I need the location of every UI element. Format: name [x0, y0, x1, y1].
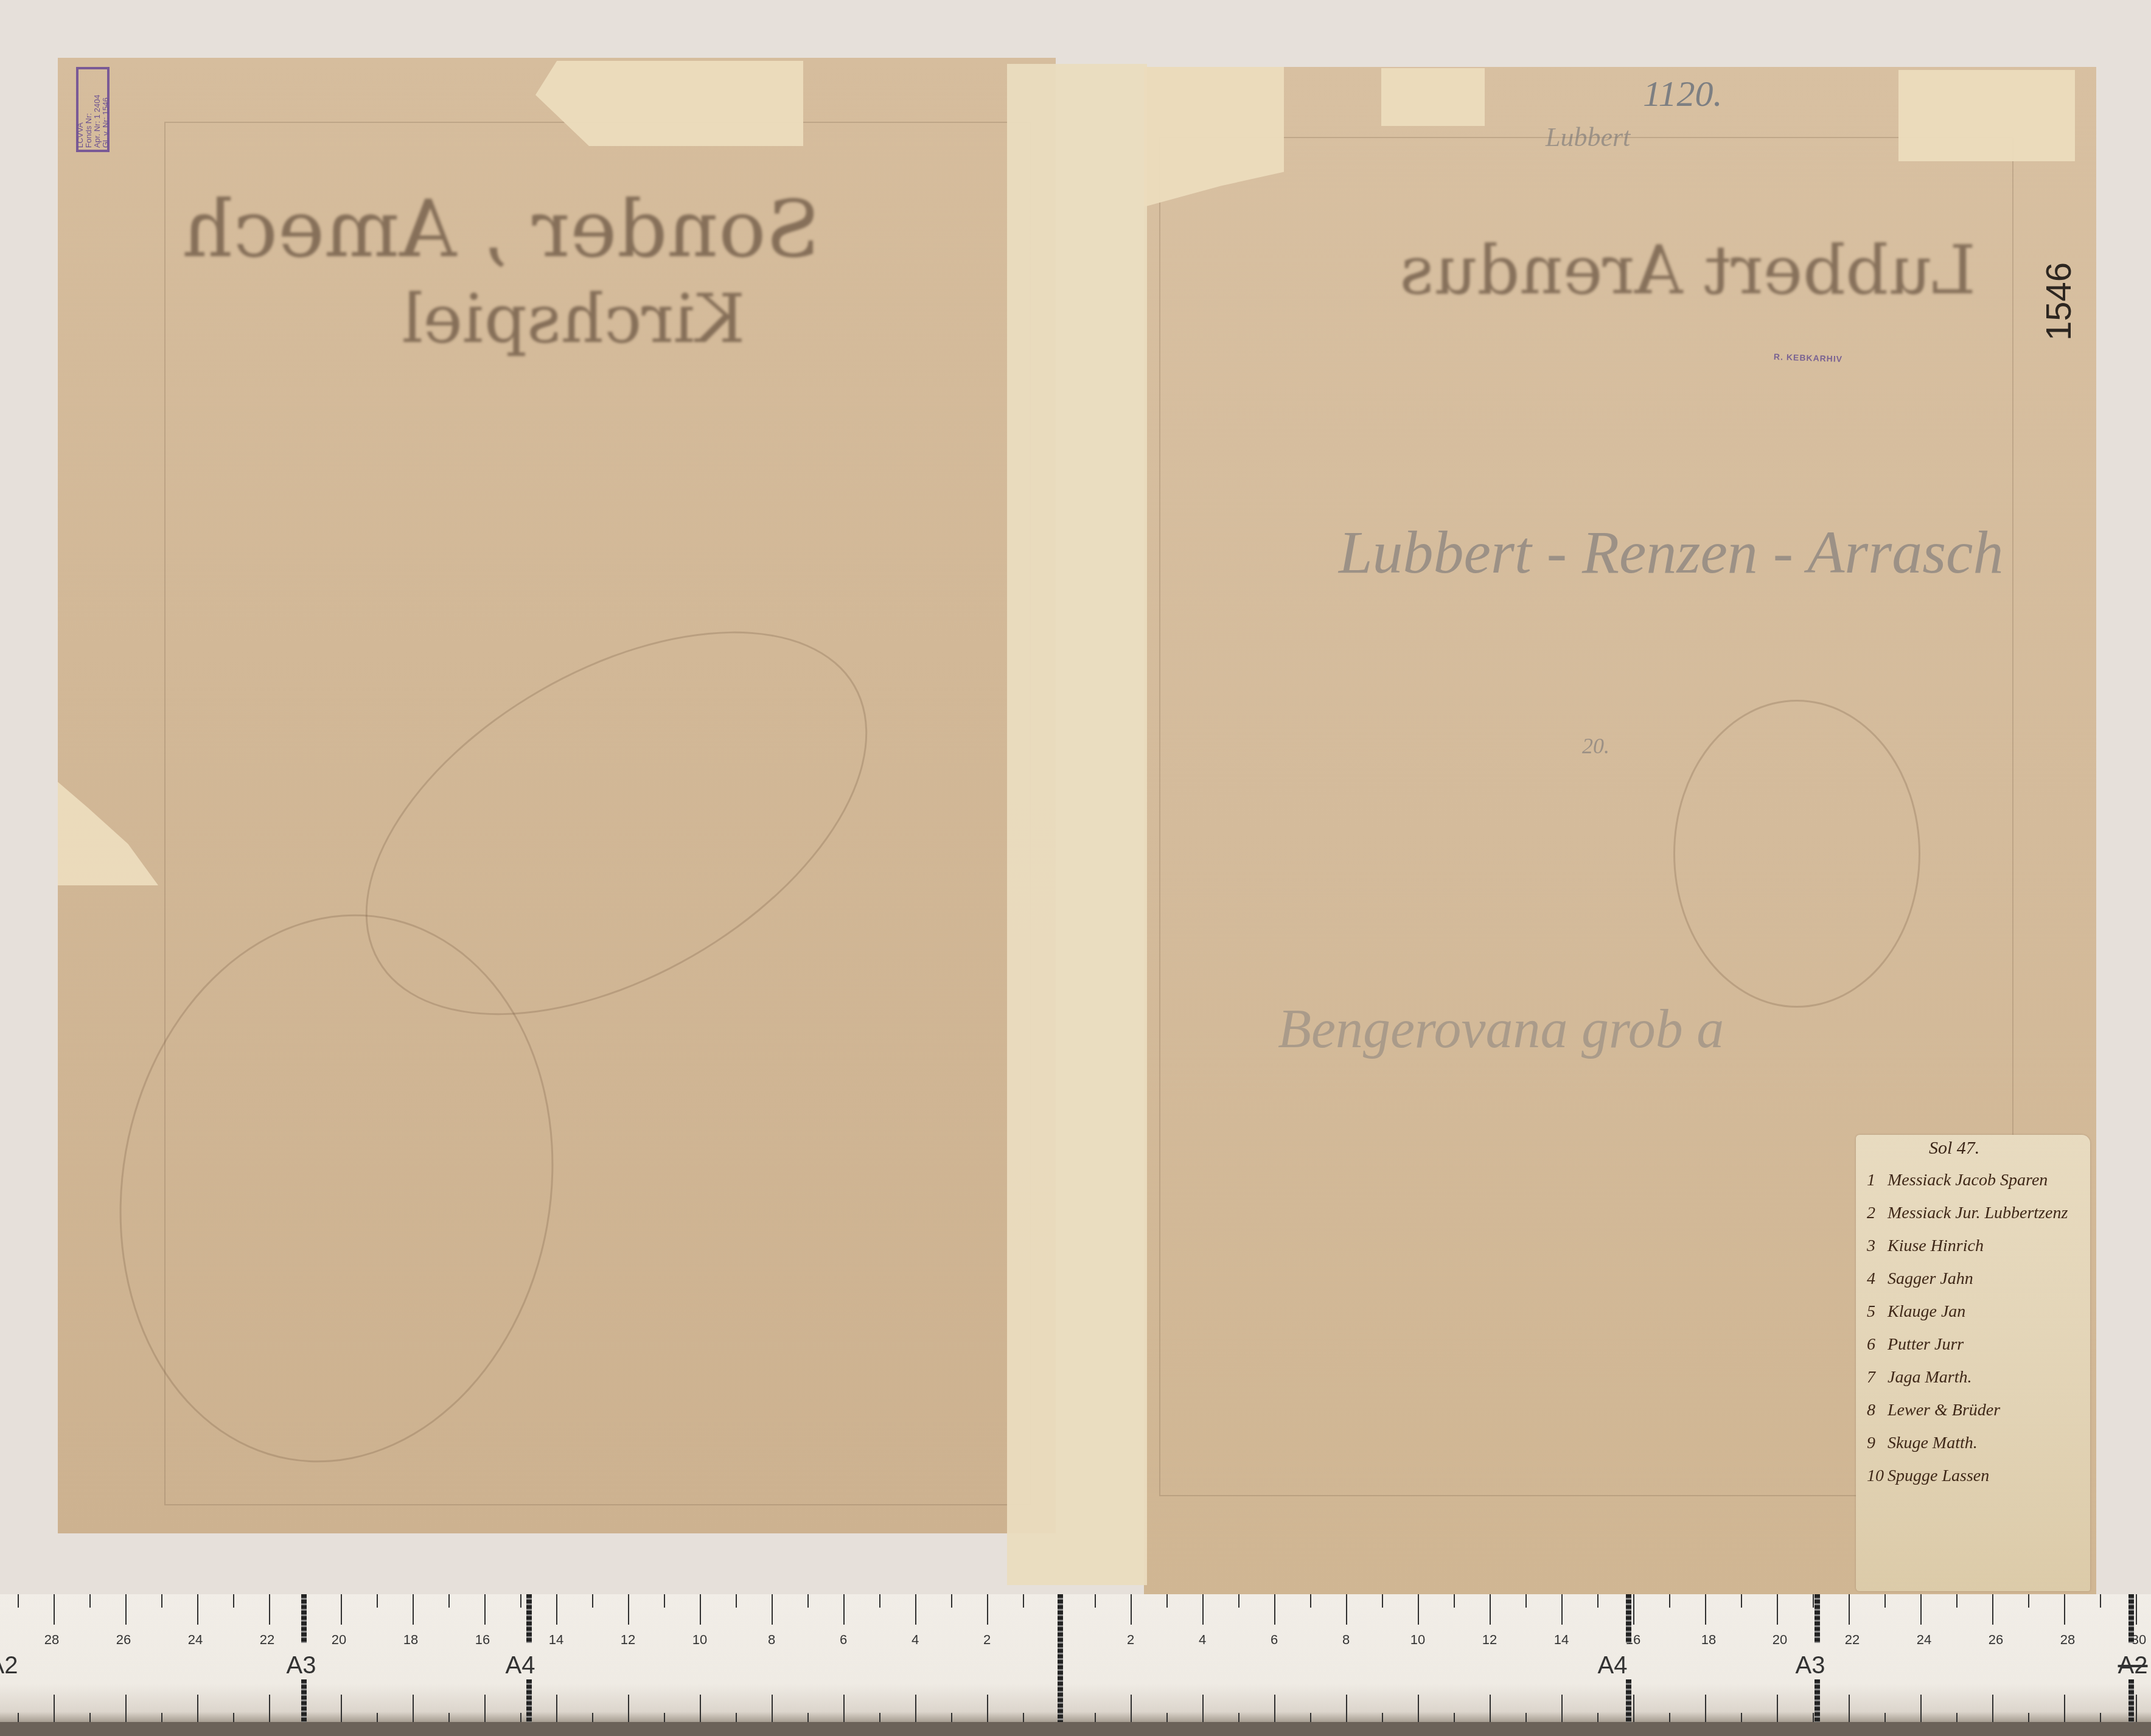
ruler-tick [1166, 1594, 1168, 1608]
ruler-tick [951, 1713, 952, 1722]
format-marker-line [1815, 1594, 1820, 1643]
ruler-tick [556, 1594, 557, 1625]
ruler-label: 2 [1127, 1632, 1134, 1648]
ruler-tick [1956, 1594, 1958, 1608]
ruler-tick [520, 1594, 521, 1608]
label-title: Sol 47. [1929, 1138, 1979, 1159]
paper-tape-strip [1898, 70, 2075, 161]
list-item: 9Skuge Matth. [1867, 1427, 2068, 1460]
ruler-tick [1454, 1713, 1455, 1722]
ruler-tick [628, 1594, 629, 1625]
ruler-tick [2028, 1594, 2029, 1608]
ruler-tick [1597, 1713, 1598, 1722]
ruler-tick [341, 1594, 342, 1625]
ruler-tick [664, 1594, 665, 1608]
ruler-label: 24 [1917, 1632, 1931, 1648]
list-item: 4Sagger Jahn [1867, 1263, 2068, 1295]
list-item: 8Lewer & Brüder [1867, 1394, 2068, 1427]
ruler-label: 6 [840, 1632, 847, 1648]
ruler-label: 10 [1410, 1632, 1425, 1648]
ruler-label: 28 [2060, 1632, 2075, 1648]
ruler-tick [377, 1713, 378, 1722]
ruler-tick [2100, 1713, 2101, 1722]
ruler-label: 8 [1342, 1632, 1350, 1648]
ruler-tick [1202, 1695, 1204, 1725]
ruler-tick [1382, 1594, 1383, 1608]
ruler-tick [1849, 1594, 1850, 1625]
ruler-tick [772, 1594, 773, 1625]
ruler-label: 14 [549, 1632, 563, 1648]
ruler-tick [1884, 1594, 1886, 1608]
ruler-tick [161, 1594, 162, 1608]
ruler-label: 2 [983, 1632, 991, 1648]
ruler-tick [1813, 1594, 1814, 1608]
ruler-tick [664, 1713, 665, 1722]
format-marker-line [1626, 1594, 1631, 1643]
pencil-top-note: Lubbert [1546, 122, 1630, 153]
format-label-a4: A4 [1598, 1652, 1628, 1679]
ruler-label: 26 [1989, 1632, 2003, 1648]
ruler-tick [1131, 1594, 1132, 1625]
pencil-sheet-number: 1120. [1643, 73, 1723, 115]
ruler-label: 6 [1271, 1632, 1278, 1648]
ruler-tick [1238, 1594, 1239, 1608]
format-label-a2: A2 [2118, 1652, 2148, 1679]
list-item: 10Spugge Lassen [1867, 1460, 2068, 1493]
ruler-tick [736, 1594, 737, 1608]
ruler-tick [2064, 1695, 2065, 1725]
ruler-label: 14 [1554, 1632, 1569, 1648]
ruler-tick [2100, 1594, 2101, 1608]
owner-list-label: Sol 47. 1Messiack Jacob Sparen 2Messiack… [1856, 1135, 2090, 1591]
ruler-tick [448, 1594, 450, 1608]
ruler-tick [915, 1695, 916, 1725]
ruler-tick [1561, 1594, 1563, 1625]
ruler-tick [413, 1594, 414, 1625]
format-marker-line [1058, 1594, 1063, 1722]
stamp-line-apr: Apr. Nr: 1 2404 [93, 71, 102, 148]
ruler-tick [520, 1713, 521, 1722]
ruler-tick [1705, 1695, 1706, 1725]
format-label-a4: A4 [506, 1652, 535, 1679]
ruler-tick [987, 1594, 988, 1625]
ruler-tick [1274, 1695, 1275, 1725]
ruler-label: 26 [116, 1632, 131, 1648]
ruler-tick [1238, 1713, 1239, 1722]
archive-stamp: LCVVA Fonds Nr: Apr. Nr: 1 2404 Gl. v. N… [76, 67, 110, 152]
ruler-tick [1346, 1695, 1347, 1725]
ruler-tick [1310, 1713, 1311, 1722]
ruler-tick [18, 1713, 19, 1722]
ruler-tick [1813, 1713, 1814, 1722]
list-item: 6Putter Jurr [1867, 1328, 2068, 1361]
list-item: 1Messiack Jacob Sparen [1867, 1164, 2068, 1197]
ruler-label: 20 [1773, 1632, 1787, 1648]
ruler-tick [448, 1713, 450, 1722]
ruler-tick [1849, 1695, 1850, 1725]
format-marker-line [526, 1679, 532, 1722]
format-marker-line [526, 1594, 532, 1643]
inventory-number: 1546 [2038, 262, 2079, 341]
paper-tape-strip [1381, 68, 1485, 126]
paper-tape-strip [535, 61, 803, 146]
ruler-label: 18 [403, 1632, 418, 1648]
mirrored-title-left-line2: Kirchspiel [402, 280, 745, 358]
ruler-tick [1023, 1594, 1024, 1608]
format-marker-line [1626, 1679, 1631, 1722]
ruler-tick [1202, 1594, 1204, 1625]
format-marker-line [301, 1594, 307, 1643]
ruler-tick [1633, 1695, 1634, 1725]
ruler-tick [1920, 1695, 1922, 1725]
ruler-tick [1490, 1695, 1491, 1725]
ruler-tick [1095, 1594, 1096, 1608]
ruler-tick [1525, 1713, 1527, 1722]
pencil-annotation-cyrillic: Bengerovana grob a [1278, 998, 1724, 1061]
ruler-tick [269, 1695, 270, 1725]
ruler-tick [1274, 1594, 1275, 1625]
ruler-tick [1884, 1713, 1886, 1722]
ruler-tick [18, 1594, 19, 1608]
ruler-tick [1777, 1594, 1778, 1625]
ruler-tick [89, 1713, 91, 1722]
list-item: 3Kiuse Hinrich [1867, 1230, 2068, 1263]
list-item: 2Messiack Jur. Lubbertzenz [1867, 1197, 2068, 1230]
ruler-tick [1454, 1594, 1455, 1608]
ruler-tick [341, 1695, 342, 1725]
ruler-tick [269, 1594, 270, 1625]
ruler-tick [1561, 1695, 1563, 1725]
format-label-a2: A2 [0, 1652, 18, 1679]
ruler-tick [1633, 1594, 1634, 1625]
ruler-tick [2136, 1594, 2137, 1625]
ruler-tick [987, 1695, 988, 1725]
ruler-label: 10 [692, 1632, 707, 1648]
stamp-line-fonds: Fonds Nr: [85, 71, 93, 148]
ruler-tick [1418, 1695, 1419, 1725]
ruler-tick [1310, 1594, 1311, 1608]
ruler-tick [2136, 1695, 2137, 1725]
ruler-tick [1023, 1713, 1024, 1722]
format-marker-line [2128, 1679, 2134, 1722]
ruler-tick [1525, 1594, 1527, 1608]
ruler-tick [125, 1594, 127, 1625]
owner-list: 1Messiack Jacob Sparen 2Messiack Jur. Lu… [1867, 1164, 2068, 1493]
format-label-a3: A3 [287, 1652, 316, 1679]
ruler-tick [1166, 1713, 1168, 1722]
ruler-tick [772, 1695, 773, 1725]
paper-tape-center-strip [1007, 64, 1147, 1585]
ruler-tick [843, 1695, 845, 1725]
mirrored-title-right: Lubbert Arendus [1400, 231, 1976, 309]
ruler-tick [1777, 1695, 1778, 1725]
ruler-tick [915, 1594, 916, 1625]
ruler-tick [484, 1594, 486, 1625]
ruler-tick [736, 1713, 737, 1722]
ruler-tick [197, 1594, 198, 1625]
ruler-tick [1095, 1713, 1096, 1722]
ruler-tick [54, 1594, 55, 1625]
ruler-tick [89, 1594, 91, 1608]
ruler-tick [807, 1594, 809, 1608]
ruler-tick [592, 1594, 593, 1608]
ruler-tick [1741, 1713, 1742, 1722]
ruler-tick [879, 1713, 880, 1722]
pencil-annotation-place-names: Lubbert - Renzen - Arrasch [1339, 517, 2003, 587]
ruler-label: 22 [1845, 1632, 1860, 1648]
ruler-tick [1992, 1695, 1993, 1725]
ruler-tick [1597, 1594, 1598, 1608]
ruler-tick [1669, 1594, 1670, 1608]
format-marker-line [1815, 1679, 1820, 1722]
ruler-tick [1669, 1713, 1670, 1722]
ruler-tick [592, 1713, 593, 1722]
measuring-ruler: 28 26 24 22 20 18 16 14 12 10 8 6 4 2 2 … [0, 1594, 2151, 1722]
bleed-through-area [1673, 700, 1920, 1008]
ruler-label: 28 [44, 1632, 59, 1648]
ruler-tick [951, 1594, 952, 1608]
ruler-tick [233, 1713, 234, 1722]
stamp-institution: LCVVA [76, 71, 85, 148]
ruler-tick [1490, 1594, 1491, 1625]
ruler-tick [54, 1695, 55, 1725]
ruler-tick [1741, 1594, 1742, 1608]
ruler-tick [879, 1594, 880, 1608]
ruler-tick [1705, 1594, 1706, 1625]
ruler-tick [843, 1594, 845, 1625]
ruler-label: 12 [621, 1632, 635, 1648]
ruler-tick [377, 1594, 378, 1608]
ruler-tick [413, 1695, 414, 1725]
ruler-label: 16 [475, 1632, 490, 1648]
list-item: 5Klauge Jan [1867, 1295, 2068, 1328]
ruler-tick [628, 1695, 629, 1725]
ruler-tick [807, 1713, 809, 1722]
ruler-tick [233, 1594, 234, 1608]
ruler-tick [1346, 1594, 1347, 1625]
ruler-tick [556, 1695, 557, 1725]
ruler-tick [1418, 1594, 1419, 1625]
ruler-tick [484, 1695, 486, 1725]
format-label-a3: A3 [1796, 1652, 1825, 1679]
ruler-tick [1382, 1713, 1383, 1722]
ruler-edge [0, 1722, 2151, 1736]
format-marker-line [2128, 1594, 2134, 1643]
ruler-label: 20 [332, 1632, 346, 1648]
ruler-label: 8 [768, 1632, 775, 1648]
list-item: 7Jaga Marth. [1867, 1361, 2068, 1394]
ruler-label: 4 [1199, 1632, 1206, 1648]
stamp-line-glv: Gl. v. Nr: 1546 [102, 71, 110, 148]
format-marker-line [301, 1679, 307, 1722]
ruler-label: 18 [1701, 1632, 1716, 1648]
ruler-tick [161, 1713, 162, 1722]
ruler-tick [197, 1695, 198, 1725]
ruler-tick [1131, 1695, 1132, 1725]
ruler-tick [1956, 1713, 1958, 1722]
ruler-tick [700, 1594, 701, 1625]
pencil-small-number: 20. [1582, 733, 1609, 759]
ruler-label: 4 [912, 1632, 919, 1648]
ruler-tick [1992, 1594, 1993, 1625]
ruler-label: 12 [1482, 1632, 1497, 1648]
ruler-tick [2028, 1713, 2029, 1722]
mirrored-title-left-line1: Sonder , Amech [183, 183, 820, 275]
ruler-tick [700, 1695, 701, 1725]
ruler-tick [1920, 1594, 1922, 1625]
ruler-label: 22 [260, 1632, 274, 1648]
ruler-tick [125, 1695, 127, 1725]
ruler-label: 24 [188, 1632, 203, 1648]
ruler-tick [2064, 1594, 2065, 1625]
